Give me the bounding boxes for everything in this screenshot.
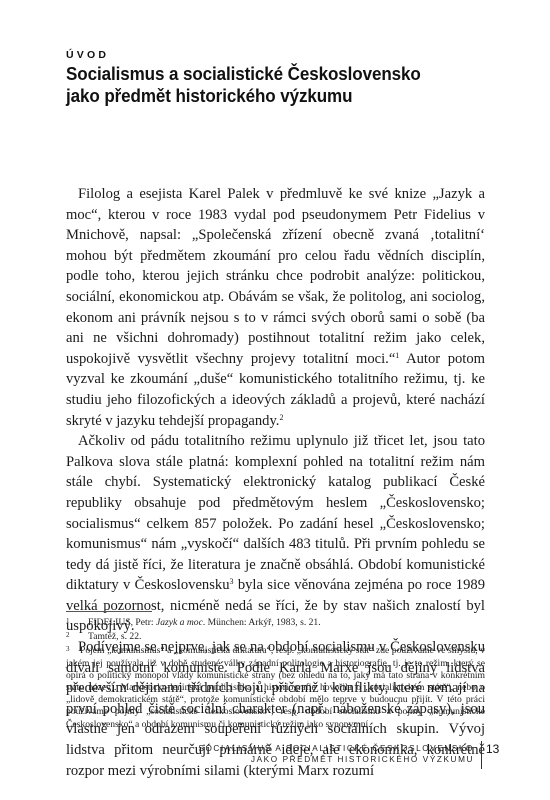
footnotes: 1FIDELIUS, Petr: Jazyk a moc. München: A… — [66, 615, 485, 731]
footnote-book-title: Jazyk a moc — [156, 617, 203, 628]
footnote-text: Tamtéž, s. 22. — [88, 631, 141, 642]
footnote-1: 1FIDELIUS, Petr: Jazyk a moc. München: A… — [66, 615, 485, 629]
paragraph-2: Ačkoliv od pádu totalitního režimu uplyn… — [66, 431, 485, 637]
chapter-title-line-2: jako předmět historického výzkumu — [66, 85, 462, 107]
chapter-title-line-1: Socialismus a socialistické Českoslovens… — [66, 63, 462, 85]
footnote-number: 1 — [66, 615, 88, 627]
section-label: ÚVOD — [66, 49, 109, 61]
footnote-ref-2[interactable]: 2 — [279, 413, 283, 422]
footnote-text: . München: Arkýř, 1983, s. 21. — [203, 617, 321, 628]
page-number: 13 — [486, 742, 499, 756]
paragraph-text: Ačkoliv od pádu totalitního režimu uplyn… — [66, 433, 485, 593]
footnote-3: 3Pojem „komunismus“ a „komunistická dikt… — [66, 643, 485, 730]
footnote-2: 2Tamtéž, s. 22. — [66, 629, 485, 643]
paragraph-1: Filolog a esejista Karel Palek v předmlu… — [66, 184, 485, 431]
running-footer-line-1: SOCIALISMUS A SOCIALISTICKÉ ČESKOSLOVENS… — [198, 743, 474, 754]
footnote-number: 2 — [66, 629, 88, 641]
footer-divider — [481, 741, 482, 769]
running-footer-title: SOCIALISMUS A SOCIALISTICKÉ ČESKOSLOVENS… — [198, 743, 474, 765]
chapter-title: Socialismus a socialistické Českoslovens… — [66, 63, 462, 107]
footnote-number: 3 — [66, 643, 80, 655]
running-footer-line-2: JAKO PŘEDMĚT HISTORICKÉHO VÝZKUMU — [198, 754, 474, 765]
footnote-separator — [66, 611, 152, 612]
book-page: ÚVOD Socialismus a socialistické Českosl… — [0, 0, 550, 800]
footnote-text: FIDELIUS, Petr: — [88, 617, 156, 628]
footnote-text: Pojem „komunismus“ a „komunistická dikta… — [66, 645, 485, 729]
paragraph-text: Filolog a esejista Karel Palek v předmlu… — [66, 186, 485, 367]
